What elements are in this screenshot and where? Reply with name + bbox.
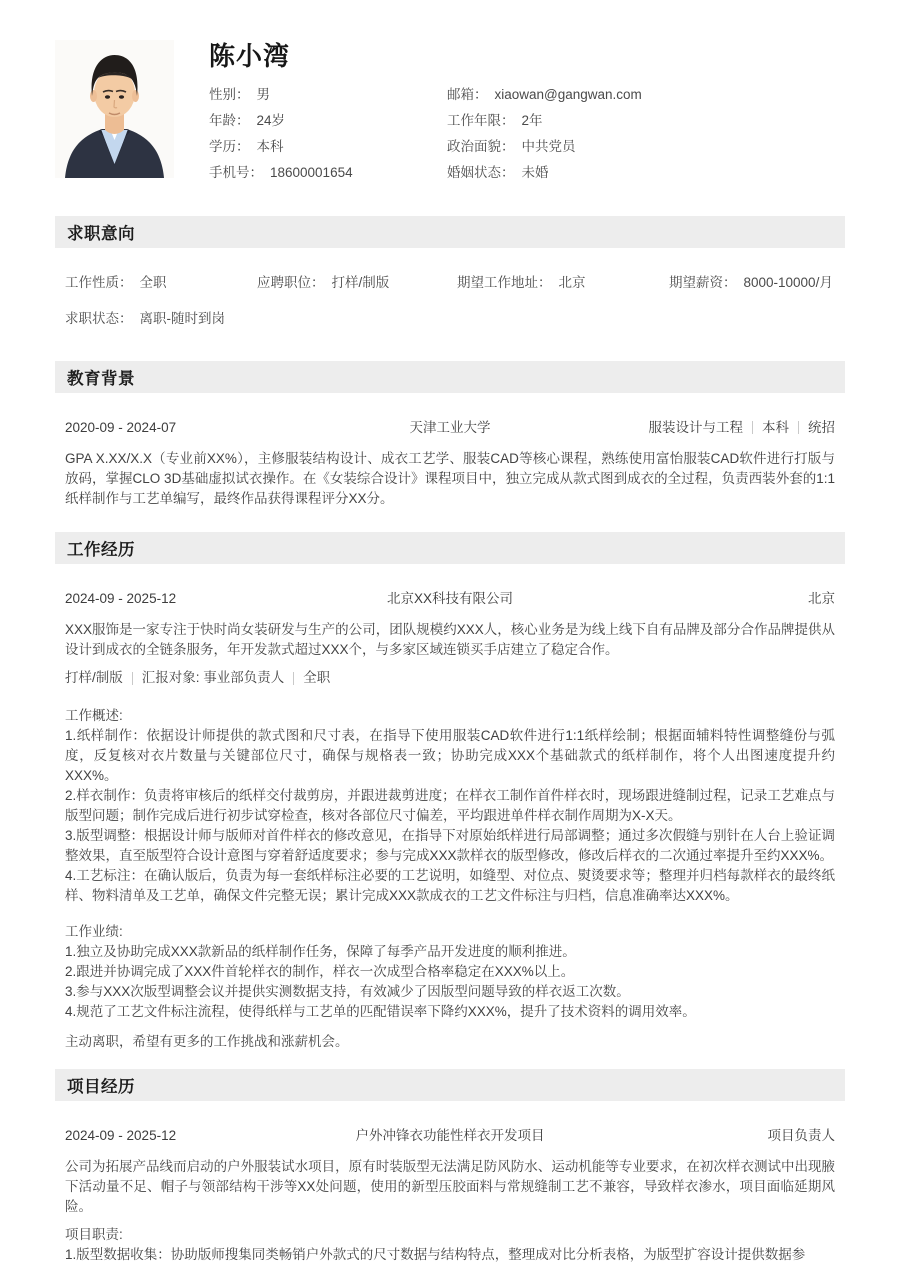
separator <box>293 672 294 685</box>
work-overview-item: 3.版型调整：根据设计师与版师对首件样衣的修改意见，在指导下对原始纸样进行局部调… <box>65 826 835 866</box>
education-meta: 服装设计与工程本科统招 <box>578 418 835 438</box>
section-header-project: 项目经历 <box>55 1069 845 1101</box>
work-overview-title: 工作概述: <box>65 706 835 726</box>
resume-page: 陈小湾 性别：男 邮箱：xiaowan@gangwan.com 年龄：24岁 工… <box>0 0 900 1275</box>
work-position: 打样/制版 <box>65 668 123 688</box>
profile-photo-illustration <box>55 40 174 178</box>
work-company: 北京XX科技有限公司 <box>322 589 579 609</box>
work-achievement-title: 工作业绩: <box>65 922 835 942</box>
company-intro: XXX服饰是一家专注于快时尚女装研发与生产的公司，团队规模约XXX人，核心业务是… <box>65 620 835 660</box>
project-duty-item: 1.版型数据收集：协助版师搜集同类畅销户外款式的尺寸数据与结构特点，整理成对比分… <box>65 1245 835 1265</box>
work-achievement-item: 3.参与XXX次版型调整会议并提供实测数据支持，有效减少了因版型问题导致的样衣返… <box>65 982 835 1002</box>
education-major: 服装设计与工程 <box>648 420 743 435</box>
section-header-job-intent: 求职意向 <box>55 216 845 248</box>
info-work-years: 工作年限：2年 <box>447 108 845 134</box>
work-overview-item: 2.样衣制作：负责将审核后的纸样交付裁剪房，并跟进裁剪进度；在样衣工制作首件样衣… <box>65 786 835 826</box>
work-position-line: 打样/制版汇报对象: 事业部负责人全职 <box>65 668 835 688</box>
education-description: GPA X.XX/X.X（专业前XX%），主修服装结构设计、成衣工艺学、服装CA… <box>65 449 835 509</box>
info-political-status: 政治面貌：中共党员 <box>447 134 845 160</box>
info-email: 邮箱：xiaowan@gangwan.com <box>447 82 845 108</box>
section-title: 教育背景 <box>67 365 135 389</box>
work-job-type: 全职 <box>303 668 330 688</box>
work-body: 2024-09 - 2025-12 北京XX科技有限公司 北京 XXX服饰是一家… <box>55 589 845 1052</box>
project-body: 2024-09 - 2025-12 户外冲锋衣功能性样衣开发项目 项目负责人 公… <box>55 1126 845 1265</box>
work-achievements: 工作业绩: 1.独立及协助完成XXX款新品的纸样制作任务，保障了每季产品开发进度… <box>65 922 835 1022</box>
separator <box>798 421 799 434</box>
work-achievement-item: 4.规范了工艺文件标注流程，使得纸样与工艺单的匹配错误率下降约XXX%，提升了技… <box>65 1002 835 1022</box>
resume-header: 陈小湾 性别：男 邮箱：xiaowan@gangwan.com 年龄：24岁 工… <box>55 40 845 186</box>
info-gender: 性别：男 <box>209 82 447 108</box>
section-title: 工作经历 <box>67 536 135 560</box>
info-age: 年龄：24岁 <box>209 108 447 134</box>
project-description: 公司为拓展产品线而启动的户外服装试水项目，原有时装版型无法满足防风防水、运动机能… <box>65 1157 835 1217</box>
field-target-position: 应聘职位：打样/制版 <box>257 273 457 293</box>
project-role: 项目负责人 <box>578 1126 835 1146</box>
education-school: 天津工业大学 <box>322 418 579 438</box>
project-row: 2024-09 - 2025-12 户外冲锋衣功能性样衣开发项目 项目负责人 <box>65 1126 835 1146</box>
work-overview: 工作概述: 1.纸样制作：依据设计师提供的款式图和尺寸表，在指导下使用服装CAD… <box>65 706 835 906</box>
work-overview-item: 4.工艺标注：在确认版后，负责为每一套纸样标注必要的工艺说明，如缝型、对位点、熨… <box>65 866 835 906</box>
education-body: 2020-09 - 2024-07 天津工业大学 服装设计与工程本科统招 GPA… <box>55 418 845 509</box>
work-period: 2024-09 - 2025-12 <box>65 589 322 609</box>
resume-content: 陈小湾 性别：男 邮箱：xiaowan@gangwan.com 年龄：24岁 工… <box>55 0 845 1265</box>
section-header-education: 教育背景 <box>55 361 845 393</box>
work-overview-item: 1.纸样制作：依据设计师提供的款式图和尺寸表，在指导下使用服装CAD软件进行1:… <box>65 726 835 786</box>
header-info: 陈小湾 性别：男 邮箱：xiaowan@gangwan.com 年龄：24岁 工… <box>209 40 845 186</box>
field-expected-salary: 期望薪资：8000-10000/月 <box>669 273 839 293</box>
work-location: 北京 <box>578 589 835 609</box>
profile-photo <box>55 40 174 178</box>
work-row: 2024-09 - 2025-12 北京XX科技有限公司 北京 <box>65 589 835 609</box>
info-marital-status: 婚姻状态：未婚 <box>447 160 845 186</box>
info-education: 学历：本科 <box>209 134 447 160</box>
section-title: 求职意向 <box>67 220 135 244</box>
project-duty-title: 项目职责: <box>65 1225 835 1245</box>
info-phone: 手机号：18600001654 <box>209 160 447 186</box>
project-name: 户外冲锋衣功能性样衣开发项目 <box>322 1126 579 1146</box>
work-achievement-item: 2.跟进并协调完成了XXX件首轮样衣的制作，样衣一次成型合格率稳定在XXX%以上… <box>65 962 835 982</box>
field-job-status: 求职状态：离职-随时到岗 <box>65 309 835 329</box>
basic-info-grid: 性别：男 邮箱：xiaowan@gangwan.com 年龄：24岁 工作年限：… <box>209 82 845 186</box>
leave-reason: 主动离职，希望有更多的工作挑战和涨薪机会。 <box>65 1032 835 1052</box>
project-period: 2024-09 - 2025-12 <box>65 1126 322 1146</box>
job-intent-fields: 工作性质：全职 应聘职位：打样/制版 期望工作地址：北京 期望薪资：8000-1… <box>65 273 835 293</box>
candidate-name: 陈小湾 <box>209 40 845 72</box>
education-degree: 本科 <box>762 420 789 435</box>
education-row: 2020-09 - 2024-07 天津工业大学 服装设计与工程本科统招 <box>65 418 835 438</box>
section-header-work: 工作经历 <box>55 532 845 564</box>
work-achievement-item: 1.独立及协助完成XXX款新品的纸样制作任务，保障了每季产品开发进度的顺利推进。 <box>65 942 835 962</box>
separator <box>752 421 753 434</box>
project-duties: 项目职责: 1.版型数据收集：协助版师搜集同类畅销户外款式的尺寸数据与结构特点，… <box>65 1225 835 1265</box>
education-enroll-type: 统招 <box>808 420 835 435</box>
field-work-type: 工作性质：全职 <box>65 273 257 293</box>
job-intent-body: 工作性质：全职 应聘职位：打样/制版 期望工作地址：北京 期望薪资：8000-1… <box>55 273 845 329</box>
work-report-to: 汇报对象: 事业部负责人 <box>142 668 285 688</box>
separator <box>132 672 133 685</box>
field-target-city: 期望工作地址：北京 <box>457 273 669 293</box>
section-title: 项目经历 <box>67 1073 135 1097</box>
education-period: 2020-09 - 2024-07 <box>65 418 322 438</box>
